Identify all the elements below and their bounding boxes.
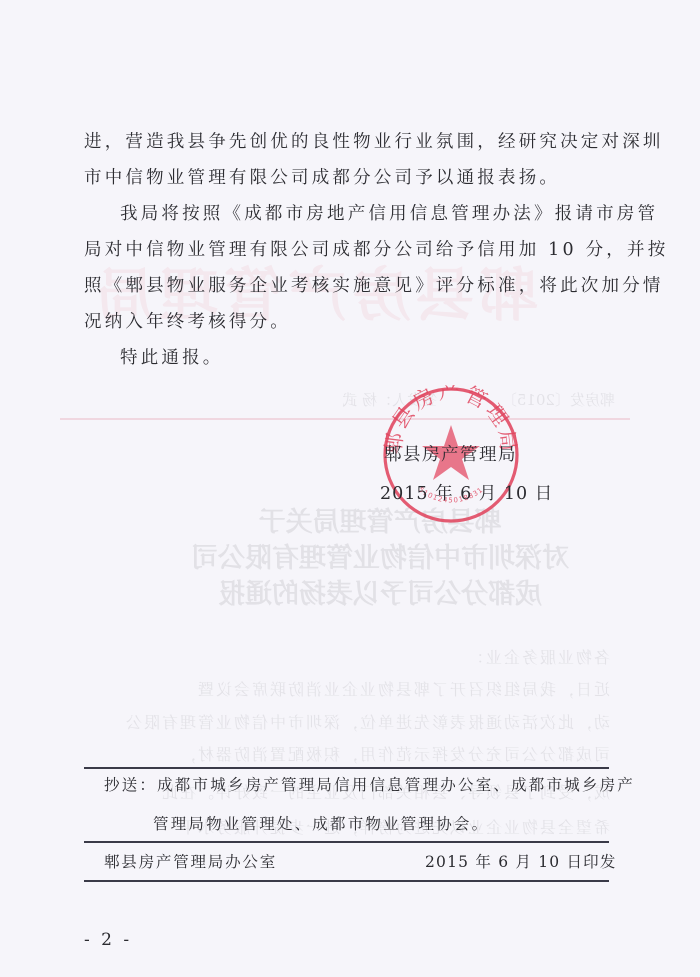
- body-line: 况纳入年终考核得分。: [84, 311, 291, 333]
- bleed-through-body-line: 近日，我局组织召开了郫县物业企业消防联席会议暨: [90, 677, 610, 700]
- document-page: 郫县房产管理局 郫房发〔2015〕 签发人：杨 武 郫县房产管理局关于 对深圳市…: [0, 0, 700, 977]
- cc-line: 抄送：成都市城乡房产管理局信用信息管理办公室、成都市城乡房产: [104, 773, 635, 795]
- closing-line: 特此通报。: [120, 347, 224, 369]
- cc-line-continued: 管理局物业管理处、成都市物业管理协会。: [153, 812, 489, 834]
- signature-date: 2015 年 6 月 10 日: [380, 480, 553, 505]
- bleed-through-body-line: 司成都分公司充分发挥示范作用，积极配置消防器材，: [90, 742, 610, 765]
- body-line: 照《郫县物业服务企业考核实施意见》评分标准，将此次加分情: [84, 275, 664, 297]
- body-line: 局对中信物业管理有限公司成都分公司给予信用加 10 分，并按: [84, 239, 668, 261]
- signature-organization: 郫县房产管理局: [384, 441, 517, 466]
- bleed-through-title-line: 郫县房产管理局关于: [150, 500, 610, 539]
- body-line: 市中信物业管理有限公司成都分公司予以通报表扬。: [84, 167, 560, 189]
- page-number: - 2 -: [84, 930, 132, 950]
- divider-middle: [84, 841, 609, 843]
- divider-top: [84, 767, 609, 769]
- bleed-through-title-line: 成都分公司予以表扬的通报: [150, 572, 610, 611]
- issuing-office: 郫县房产管理局办公室: [104, 850, 277, 872]
- bleed-through-red-divider: [60, 418, 630, 420]
- bleed-through-title-line: 对深圳市中信物业管理有限公司: [150, 536, 610, 575]
- issue-date: 2015 年 6 月 10 日印发: [425, 850, 617, 872]
- body-line: 进，营造我县争先创优的良性物业行业氛围，经研究决定对深圳: [84, 131, 664, 153]
- bleed-through-doc-number: 郫房发〔2015〕 签发人：杨 武: [95, 389, 615, 410]
- body-line: 我局将按照《成都市房地产信用信息管理办法》报请市房管: [120, 203, 658, 225]
- bleed-through-body-line: 各物业服务企业：: [90, 645, 610, 668]
- divider-bottom: [84, 880, 609, 882]
- bleed-through-body-line: 动，此次活动通报表彰先进单位，深圳市中信物业管理有限公: [90, 710, 610, 733]
